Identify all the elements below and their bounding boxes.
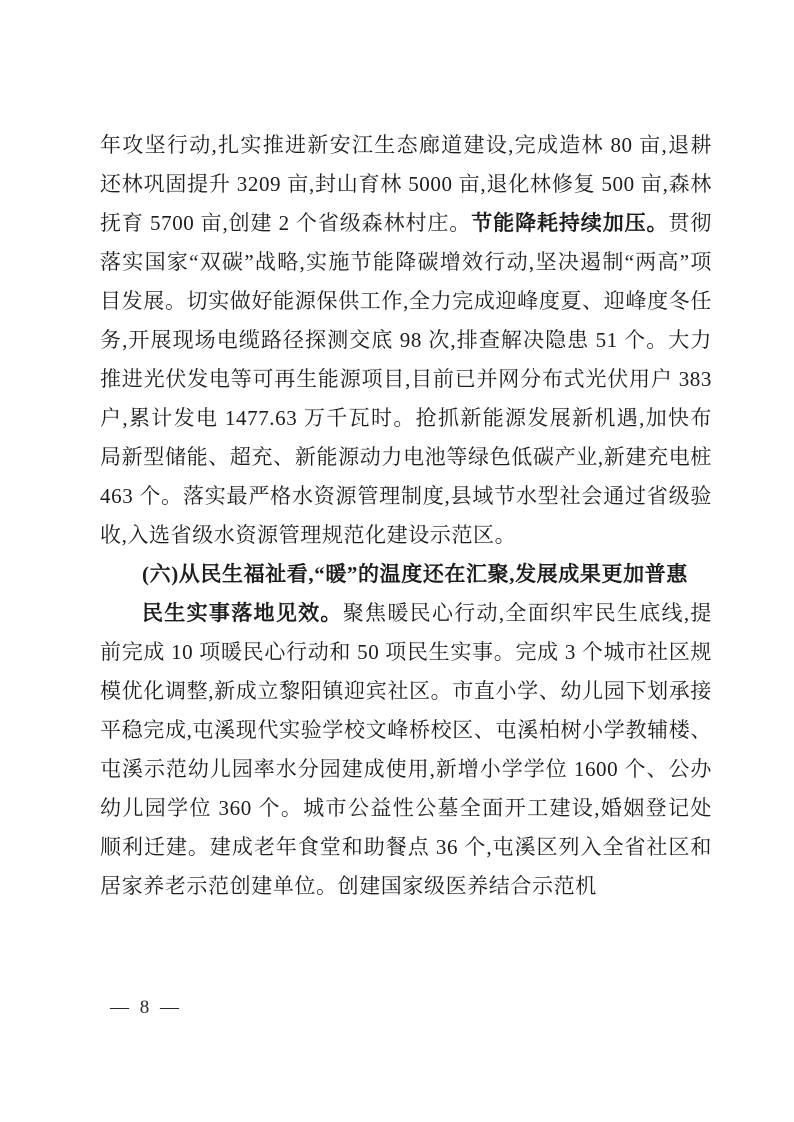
body-paragraph: 年攻坚行动,扎实推进新安江生态廊道建设,完成造林 80 亩,退耕还林巩固提升 3…	[100, 126, 712, 555]
document-body: 年攻坚行动,扎实推进新安江生态廊道建设,完成造林 80 亩,退耕还林巩固提升 3…	[100, 126, 712, 906]
text-run: 贯彻落实国家“双碳”战略,实施节能降碳增效行动,坚决遏制“两高”项目发展。切实做…	[100, 211, 712, 547]
text-run: 聚焦暖民心行动,全面织牢民生底线,提前完成 10 项暖民心行动和 50 项民生实…	[100, 601, 712, 898]
page-number: — 8 —	[110, 994, 182, 1022]
bold-text-run: 民生实事落地见效。	[142, 601, 343, 625]
section-heading: (六)从民生福祉看,“暖”的温度还在汇聚,发展成果更加普惠	[100, 555, 712, 594]
document-page: 年攻坚行动,扎实推进新安江生态廊道建设,完成造林 80 亩,退耕还林巩固提升 3…	[0, 0, 794, 1122]
bold-text-run: 节能降耗持续加压。	[471, 211, 668, 235]
bold-text-run: (六)从民生福祉看,“暖”的温度还在汇聚,发展成果更加普惠	[142, 562, 688, 586]
body-paragraph: 民生实事落地见效。聚焦暖民心行动,全面织牢民生底线,提前完成 10 项暖民心行动…	[100, 594, 712, 906]
